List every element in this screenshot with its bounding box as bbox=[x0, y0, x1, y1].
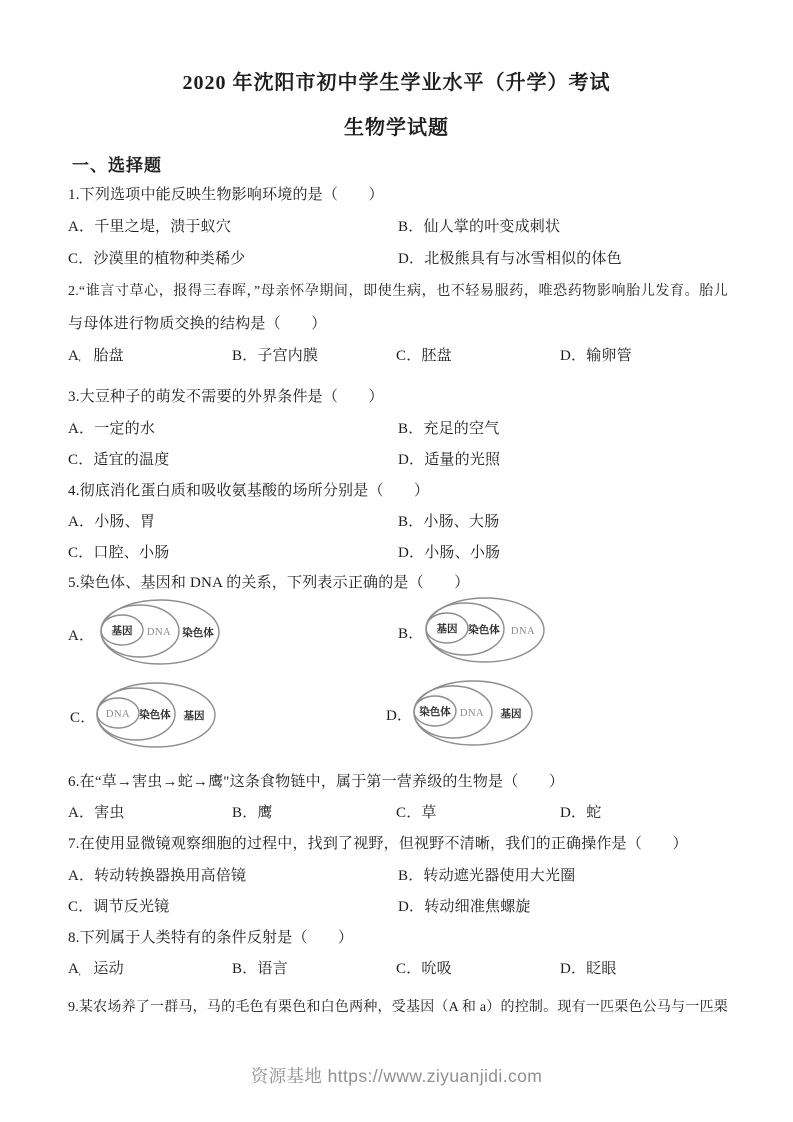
q4-option-b: B．小肠、大肠 bbox=[398, 510, 499, 531]
q5-b-outer-label: DNA bbox=[511, 626, 535, 637]
q7-option-c: C．调节反光镜 bbox=[68, 895, 169, 916]
q7-option-a: A．转动转换器换用高倍镜 bbox=[68, 864, 246, 885]
section-header-multiple-choice: 一、选择题 bbox=[72, 151, 162, 176]
question-7-options-row-1: A．转动转换器换用高倍镜 B．转动遮光器使用大光圈 bbox=[0, 864, 793, 884]
q4-option-a: A．小肠、胃 bbox=[68, 510, 155, 531]
q5-a-inner-label: 基因 bbox=[112, 624, 133, 637]
q1-option-b: B．仙人掌的叶变成刺状 bbox=[398, 215, 560, 236]
stray-mark-1: ‘ bbox=[78, 358, 81, 369]
exam-title: 2020 年沈阳市初中学生学业水平（升学）考试 bbox=[0, 66, 793, 95]
q6-option-c: C．草 bbox=[396, 801, 437, 822]
q5-d-outer-label: 基因 bbox=[501, 707, 522, 720]
question-2-stem-line-1: 2.“谁言寸草心，报得三春晖，”母亲怀孕期间，即使生病，也不轻易服药，唯恐药物影… bbox=[68, 280, 728, 300]
q5-c-outer-label: 基因 bbox=[184, 709, 205, 722]
q8-option-b: B．语言 bbox=[232, 957, 288, 978]
q5-diagram-c-nested-ellipses: DNA 染色体 基因 bbox=[94, 680, 218, 750]
question-1-stem: 1.下列选项中能反映生物影响环境的是（ ） bbox=[68, 183, 384, 204]
question-4-stem: 4.彻底消化蛋白质和吸收氨基酸的场所分别是（ ） bbox=[68, 479, 429, 500]
question-4-options-row-1: A．小肠、胃 B．小肠、大肠 bbox=[0, 510, 793, 530]
q1-option-d: D．北极熊具有与冰雪相似的体色 bbox=[398, 247, 622, 268]
q5-a-middle-label: DNA bbox=[147, 627, 171, 638]
q2-option-a: A 胎盘 bbox=[68, 344, 124, 365]
q6-option-b: B．鹰 bbox=[232, 801, 273, 822]
q3-option-c: C．适宜的温度 bbox=[68, 448, 169, 469]
q5-d-middle-label: DNA bbox=[460, 708, 484, 719]
question-5-stem: 5.染色体、基因和 DNA 的关系，下列表示正确的是（ ） bbox=[68, 571, 469, 592]
q5-option-a-letter: A． bbox=[68, 624, 94, 645]
q3-option-a: A．一定的水 bbox=[68, 417, 155, 438]
q7-option-d: D．转动细准焦螺旋 bbox=[398, 895, 531, 916]
q2-option-d: D．输卵管 bbox=[560, 344, 632, 365]
q6-option-d: D．蛇 bbox=[560, 801, 601, 822]
q5-b-inner-label: 基因 bbox=[437, 622, 458, 635]
q1-option-a: A．千里之堤，溃于蚁穴 bbox=[68, 215, 231, 236]
q5-option-d-letter: D． bbox=[386, 704, 412, 725]
q5-c-middle-label: 染色体 bbox=[139, 708, 171, 721]
q5-diagram-d-nested-ellipses: 染色体 DNA 基因 bbox=[411, 678, 535, 748]
question-2-stem-line-2: 与母体进行物质交换的结构是（ ） bbox=[68, 312, 326, 333]
q5-option-b-letter: B． bbox=[398, 622, 423, 643]
q7-option-b: B．转动遮光器使用大光圈 bbox=[398, 864, 575, 885]
question-8-stem: 8.下列属于人类特有的条件反射是（ ） bbox=[68, 926, 353, 947]
question-8-options-row: A 运动 B．语言 C．吮吸 D．眨眼 bbox=[0, 957, 793, 977]
question-7-options-row-2: C．调节反光镜 D．转动细准焦螺旋 bbox=[0, 895, 793, 915]
q5-option-c-letter: C． bbox=[70, 706, 95, 727]
q5-diagram-a-nested-ellipses: 基因 DNA 染色体 bbox=[98, 597, 222, 667]
question-3-options-row-1: A．一定的水 B．充足的空气 bbox=[0, 417, 793, 437]
question-7-stem: 7.在使用显微镜观察细胞的过程中，找到了视野，但视野不清晰，我们的正确操作是（ … bbox=[68, 832, 688, 853]
source-watermark-url: 资源基地 https://www.ziyuanjidi.com bbox=[0, 1063, 793, 1088]
q5-d-inner-label: 染色体 bbox=[419, 705, 451, 718]
q5-b-middle-label: 染色体 bbox=[468, 623, 500, 636]
exam-document-page: 2020 年沈阳市初中学生学业水平（升学）考试 生物学试题 一、选择题 1.下列… bbox=[0, 0, 793, 1122]
stray-mark-2: ‘ bbox=[78, 972, 81, 983]
question-3-options-row-2: C．适宜的温度 D．适量的光照 bbox=[0, 448, 793, 468]
q5-c-inner-label: DNA bbox=[106, 709, 130, 720]
q4-option-c: C．口腔、小肠 bbox=[68, 541, 169, 562]
question-4-options-row-2: C．口腔、小肠 D．小肠、小肠 bbox=[0, 541, 793, 561]
question-1-options-row-2: C．沙漠里的植物种类稀少 D．北极熊具有与冰雪相似的体色 bbox=[0, 247, 793, 267]
q8-option-d: D．眨眼 bbox=[560, 957, 617, 978]
exam-subtitle: 生物学试题 bbox=[0, 111, 793, 140]
question-6-stem: 6.在“草→害虫→蛇→鹰"这条食物链中，属于第一营养级的生物是（ ） bbox=[68, 770, 564, 791]
question-6-options-row: A．害虫 B．鹰 C．草 D．蛇 bbox=[0, 801, 793, 821]
q4-option-d: D．小肠、小肠 bbox=[398, 541, 500, 562]
q3-option-b: B．充足的空气 bbox=[398, 417, 499, 438]
q3-option-d: D．适量的光照 bbox=[398, 448, 500, 469]
q2-option-b: B．子宫内膜 bbox=[232, 344, 318, 365]
question-1-options-row-1: A．千里之堤，溃于蚁穴 B．仙人掌的叶变成刺状 bbox=[0, 215, 793, 235]
question-9-stem: 9.某农场养了一群马，马的毛色有栗色和白色两种，受基因（A 和 a）的控制。现有… bbox=[68, 996, 728, 1016]
q5-diagram-b-nested-ellipses: 基因 染色体 DNA bbox=[423, 595, 547, 665]
q8-option-c: C．吮吸 bbox=[396, 957, 452, 978]
q2-option-c: C．胚盘 bbox=[396, 344, 452, 365]
q1-option-c: C．沙漠里的植物种类稀少 bbox=[68, 247, 245, 268]
q5-a-outer-label: 染色体 bbox=[182, 626, 214, 639]
q6-option-a: A．害虫 bbox=[68, 801, 125, 822]
question-2-options-row: A 胎盘 B．子宫内膜 C．胚盘 D．输卵管 bbox=[0, 344, 793, 364]
q8-option-a: A 运动 bbox=[68, 957, 124, 978]
question-3-stem: 3.大豆种子的萌发不需要的外界条件是（ ） bbox=[68, 385, 384, 406]
